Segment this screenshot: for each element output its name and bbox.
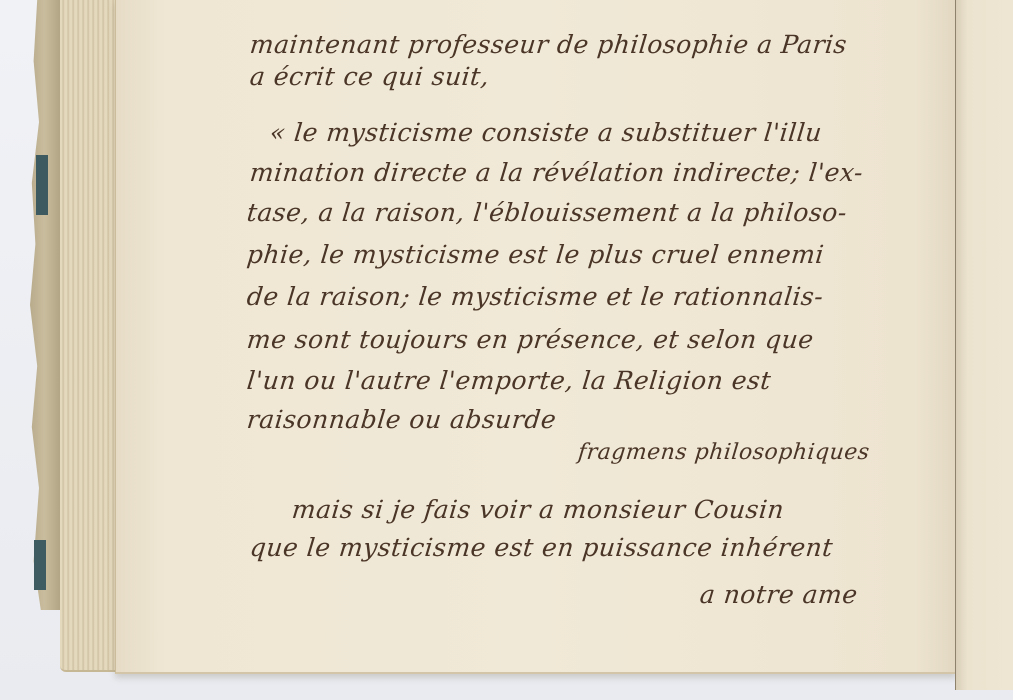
quote-line-1: « le mysticisme consiste a substituer l'… [268,118,823,147]
text-line-after-1: mais si je fais voir a monsieur Cousin [290,495,785,524]
text-line-1: maintenant professeur de philosophie a P… [248,30,848,59]
text-line-after-3: a notre ame [698,580,859,609]
text-line-2: a écrit ce qui suit, [248,62,490,91]
handwritten-text: maintenant professeur de philosophie a P… [0,0,1013,700]
quote-line-3: tase, a la raison, l'éblouissement a la … [245,198,848,227]
quote-line-6: me sont toujours en présence, et selon q… [245,325,815,354]
quote-line-8: raisonnable ou absurde [245,405,557,434]
quote-line-4: phie, le mysticisme est le plus cruel en… [245,240,825,269]
quote-line-5: de la raison; le mysticisme et le ration… [245,282,824,311]
attribution: fragmens philosophiques [577,440,871,465]
quote-line-2: mination directe a la révélation indirec… [248,158,864,187]
text-line-after-2: que le mysticisme est en puissance inhér… [248,533,834,562]
quote-line-7: l'un ou l'autre l'emporte, la Religion e… [245,366,772,395]
